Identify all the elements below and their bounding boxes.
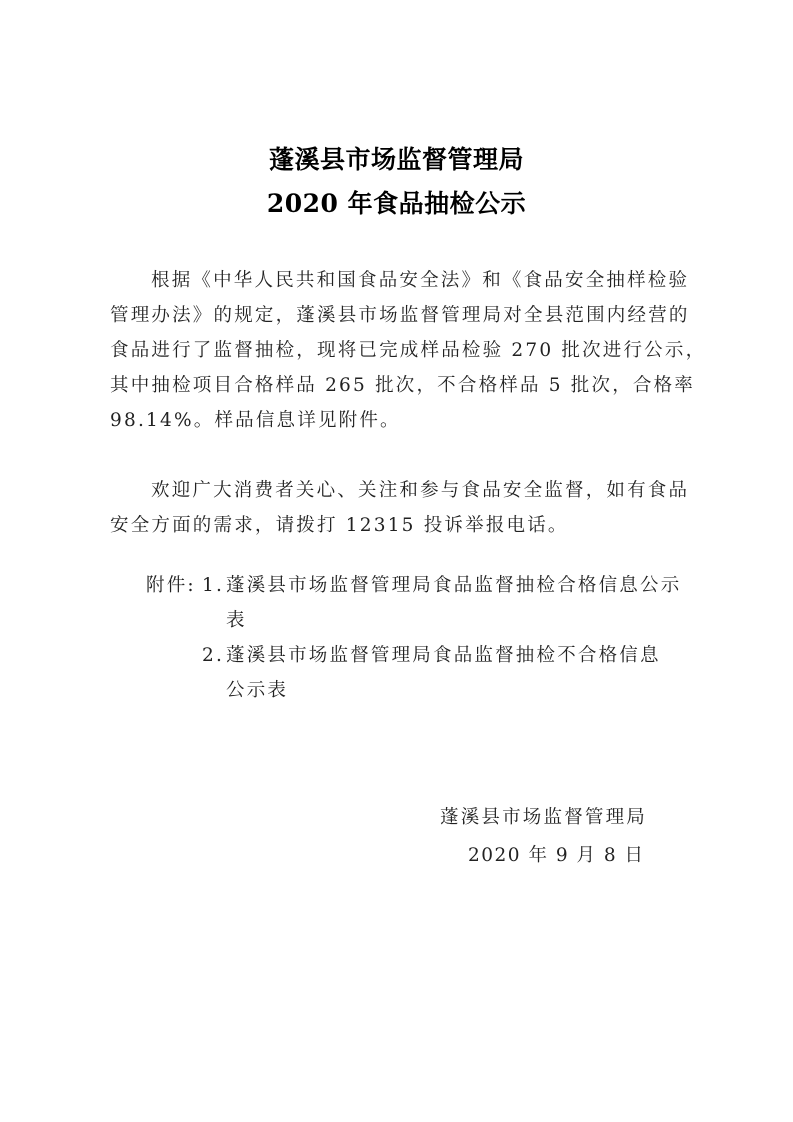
attachment-title: 蓬溪县市场监督管理局食品监督抽检合格信息公示 [226,575,681,596]
paragraph-line: 98.14%。样品信息详见附件。 [110,403,694,438]
signature-organization: 蓬溪县市场监督管理局 [440,800,647,835]
attachment-number: 1. [202,568,226,603]
attachment-item-1: 附件:1.蓬溪县市场监督管理局食品监督抽检合格信息公示 [146,568,706,603]
body-paragraph-2: 欢迎广大消费者关心、关注和参与食品安全监督，如有食品 安全方面的需求，请拨打 1… [110,473,694,543]
attachment-item-2: 2.蓬溪县市场监督管理局食品监督抽检不合格信息 [146,638,706,673]
paragraph-line: 管理办法》的规定，蓬溪县市场监督管理局对全县范围内经营的 [110,298,694,333]
paragraph-line: 食品进行了监督抽检，现将已完成样品检验 270 批次进行公示， [110,333,694,368]
paragraph-line: 其中抽检项目合格样品 265 批次，不合格样品 5 批次，合格率 [110,368,694,403]
document-title-line2: 2020 年食品抽检公示 [0,184,793,220]
document-title-line1: 蓬溪县市场监督管理局 [0,140,793,176]
attachments-label: 附件: [146,568,202,603]
attachment-number: 2. [202,638,226,673]
attachment-item-1-continued: 表 [146,603,706,638]
attachment-item-2-continued: 公示表 [146,673,706,708]
paragraph-line: 欢迎广大消费者关心、关注和参与食品安全监督，如有食品 [110,473,694,508]
attachment-title: 蓬溪县市场监督管理局食品监督抽检不合格信息 [226,645,661,666]
body-paragraph-1: 根据《中华人民共和国食品安全法》和《食品安全抽样检验 管理办法》的规定，蓬溪县市… [110,263,694,438]
paragraph-line: 安全方面的需求，请拨打 12315 投诉举报电话。 [110,508,694,543]
attachments-list: 附件:1.蓬溪县市场监督管理局食品监督抽检合格信息公示 表 2.蓬溪县市场监督管… [146,568,706,708]
paragraph-line: 根据《中华人民共和国食品安全法》和《食品安全抽样检验 [110,263,694,298]
signature-date: 2020 年 9 月 8 日 [468,838,645,873]
